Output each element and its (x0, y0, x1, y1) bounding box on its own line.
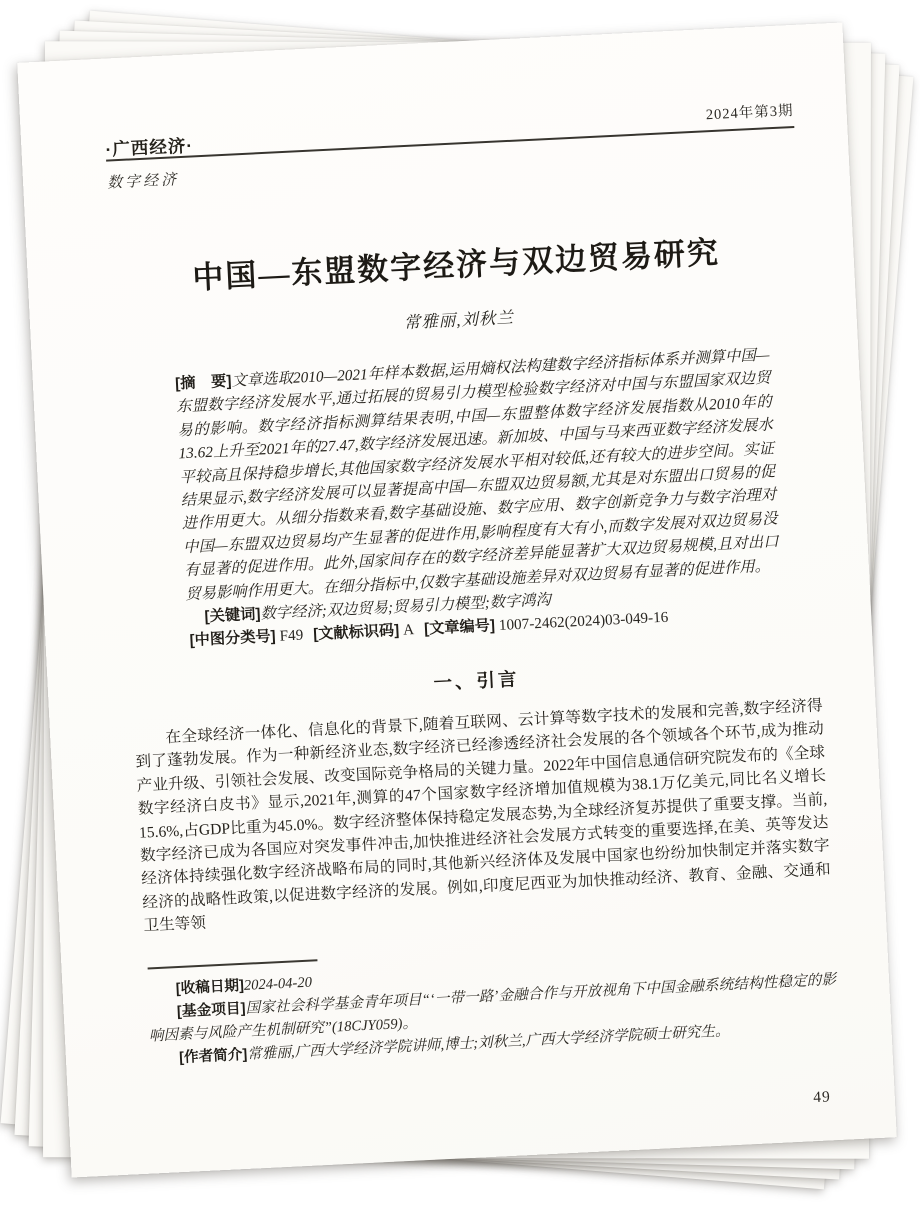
article-page: ·广西经济· 2024年第3期 数字经济 中国—东盟数字经济与双边贸易研究 常雅… (17, 22, 897, 1177)
article-title: 中国—东盟数字经济与双边贸易研究 (111, 223, 801, 302)
abstract-text: 文章选取2010—2021年样本数据,运用熵权法构建数字经济指标体系并测算中国—… (176, 346, 779, 602)
journal-issue: 2024年第3期 (705, 99, 794, 129)
keywords-label: [关键词] (204, 606, 261, 626)
journal-section-mark: ·广西经济· (105, 136, 193, 159)
scanned-page-stack: ·广西经济· 2024年第3期 数字经济 中国—东盟数字经济与双边贸易研究 常雅… (0, 0, 920, 1208)
abstract-paragraph: [摘 要]文章选取2010—2021年样本数据,运用熵权法构建数字经济指标体系并… (175, 343, 781, 606)
received-date-value: 2024-04-20 (244, 975, 313, 994)
page-content: ·广西经济· 2024年第3期 数字经济 中国—东盟数字经济与双边贸易研究 常雅… (17, 22, 897, 1177)
clc-label: [中图分类号] (189, 628, 276, 649)
received-date-label: [收稿日期] (175, 978, 244, 997)
doc-code-value: A (403, 622, 415, 640)
fund-project-label: [基金项目] (177, 1001, 246, 1020)
page-number: 49 (813, 1088, 831, 1107)
abstract-label: [摘 要] (175, 373, 232, 393)
footnotes-block: [收稿日期]2024-04-20 [基金项目]国家社会科学基金青年项目“‘一带一… (146, 934, 839, 1072)
article-authors: 常雅丽,刘秋兰 (114, 290, 803, 348)
footnote-divider (148, 959, 318, 969)
clc-value: F49 (279, 627, 303, 645)
article-id-label: [文章编号] (424, 618, 496, 638)
article-id-value: 1007-2462(2024)03-049-16 (499, 609, 669, 634)
author-bio-label: [作者简介] (179, 1047, 248, 1066)
doc-code-label: [文献标识码] (313, 622, 400, 643)
intro-paragraph: 在全球经济一体化、信息化的背景下,随着互联网、云计算等数字技术的发展和完善,数字… (134, 694, 832, 938)
